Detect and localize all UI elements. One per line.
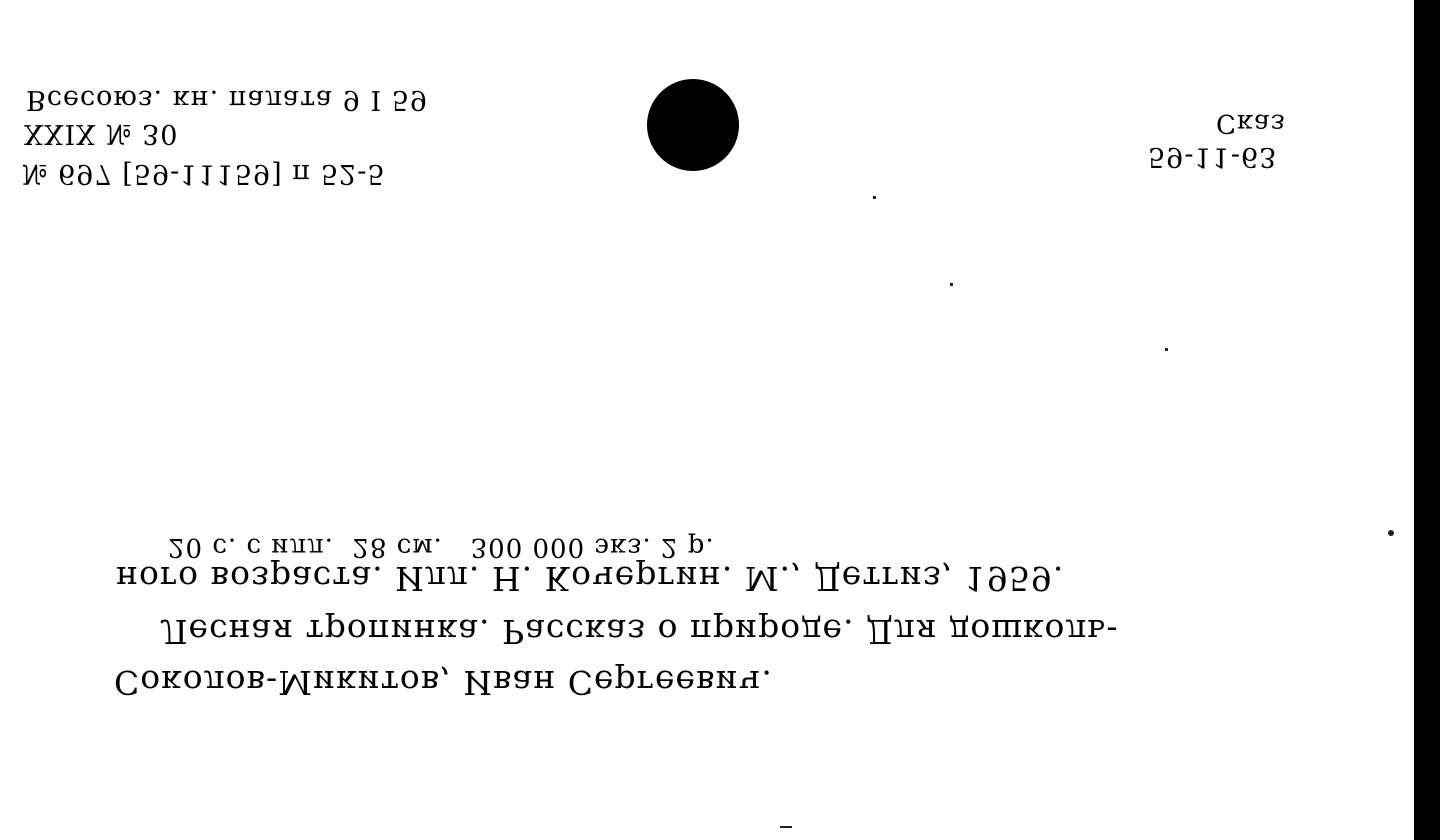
scan-speck xyxy=(950,283,953,286)
entry-author: Соколов-Микитов, Иван Сергеевич. xyxy=(114,664,773,700)
corner-code: 59-11-63 xyxy=(1148,141,1277,172)
scan-speck xyxy=(873,196,876,199)
scan-speck xyxy=(1165,348,1168,351)
entry-title-line-1: Лесная тропинка. Рассказ о природе. Для … xyxy=(160,613,1119,649)
catalog-card: Всесоюз. кн. палата 9 I 59 XXIX № 30 № 6… xyxy=(0,0,1440,840)
scan-speck xyxy=(780,826,792,828)
scan-speck xyxy=(1388,530,1394,536)
entry-title-line-2: ного возраста. Илл. Н. Кочергин. М., Дет… xyxy=(116,560,1064,596)
punch-hole xyxy=(647,79,739,171)
scan-edge xyxy=(1414,0,1440,840)
entry-physical-line: 20 с. с илл. 28 см. 300 000 экз. 2 р. xyxy=(168,532,715,562)
header-volume-line: XXIX № 30 xyxy=(24,118,178,148)
header-agency-line: Всесоюз. кн. палата 9 I 59 xyxy=(26,84,428,114)
corner-label: Сказ xyxy=(1216,108,1286,138)
header-record-line: № 697 [59-11159] п 52-5 xyxy=(22,158,386,188)
